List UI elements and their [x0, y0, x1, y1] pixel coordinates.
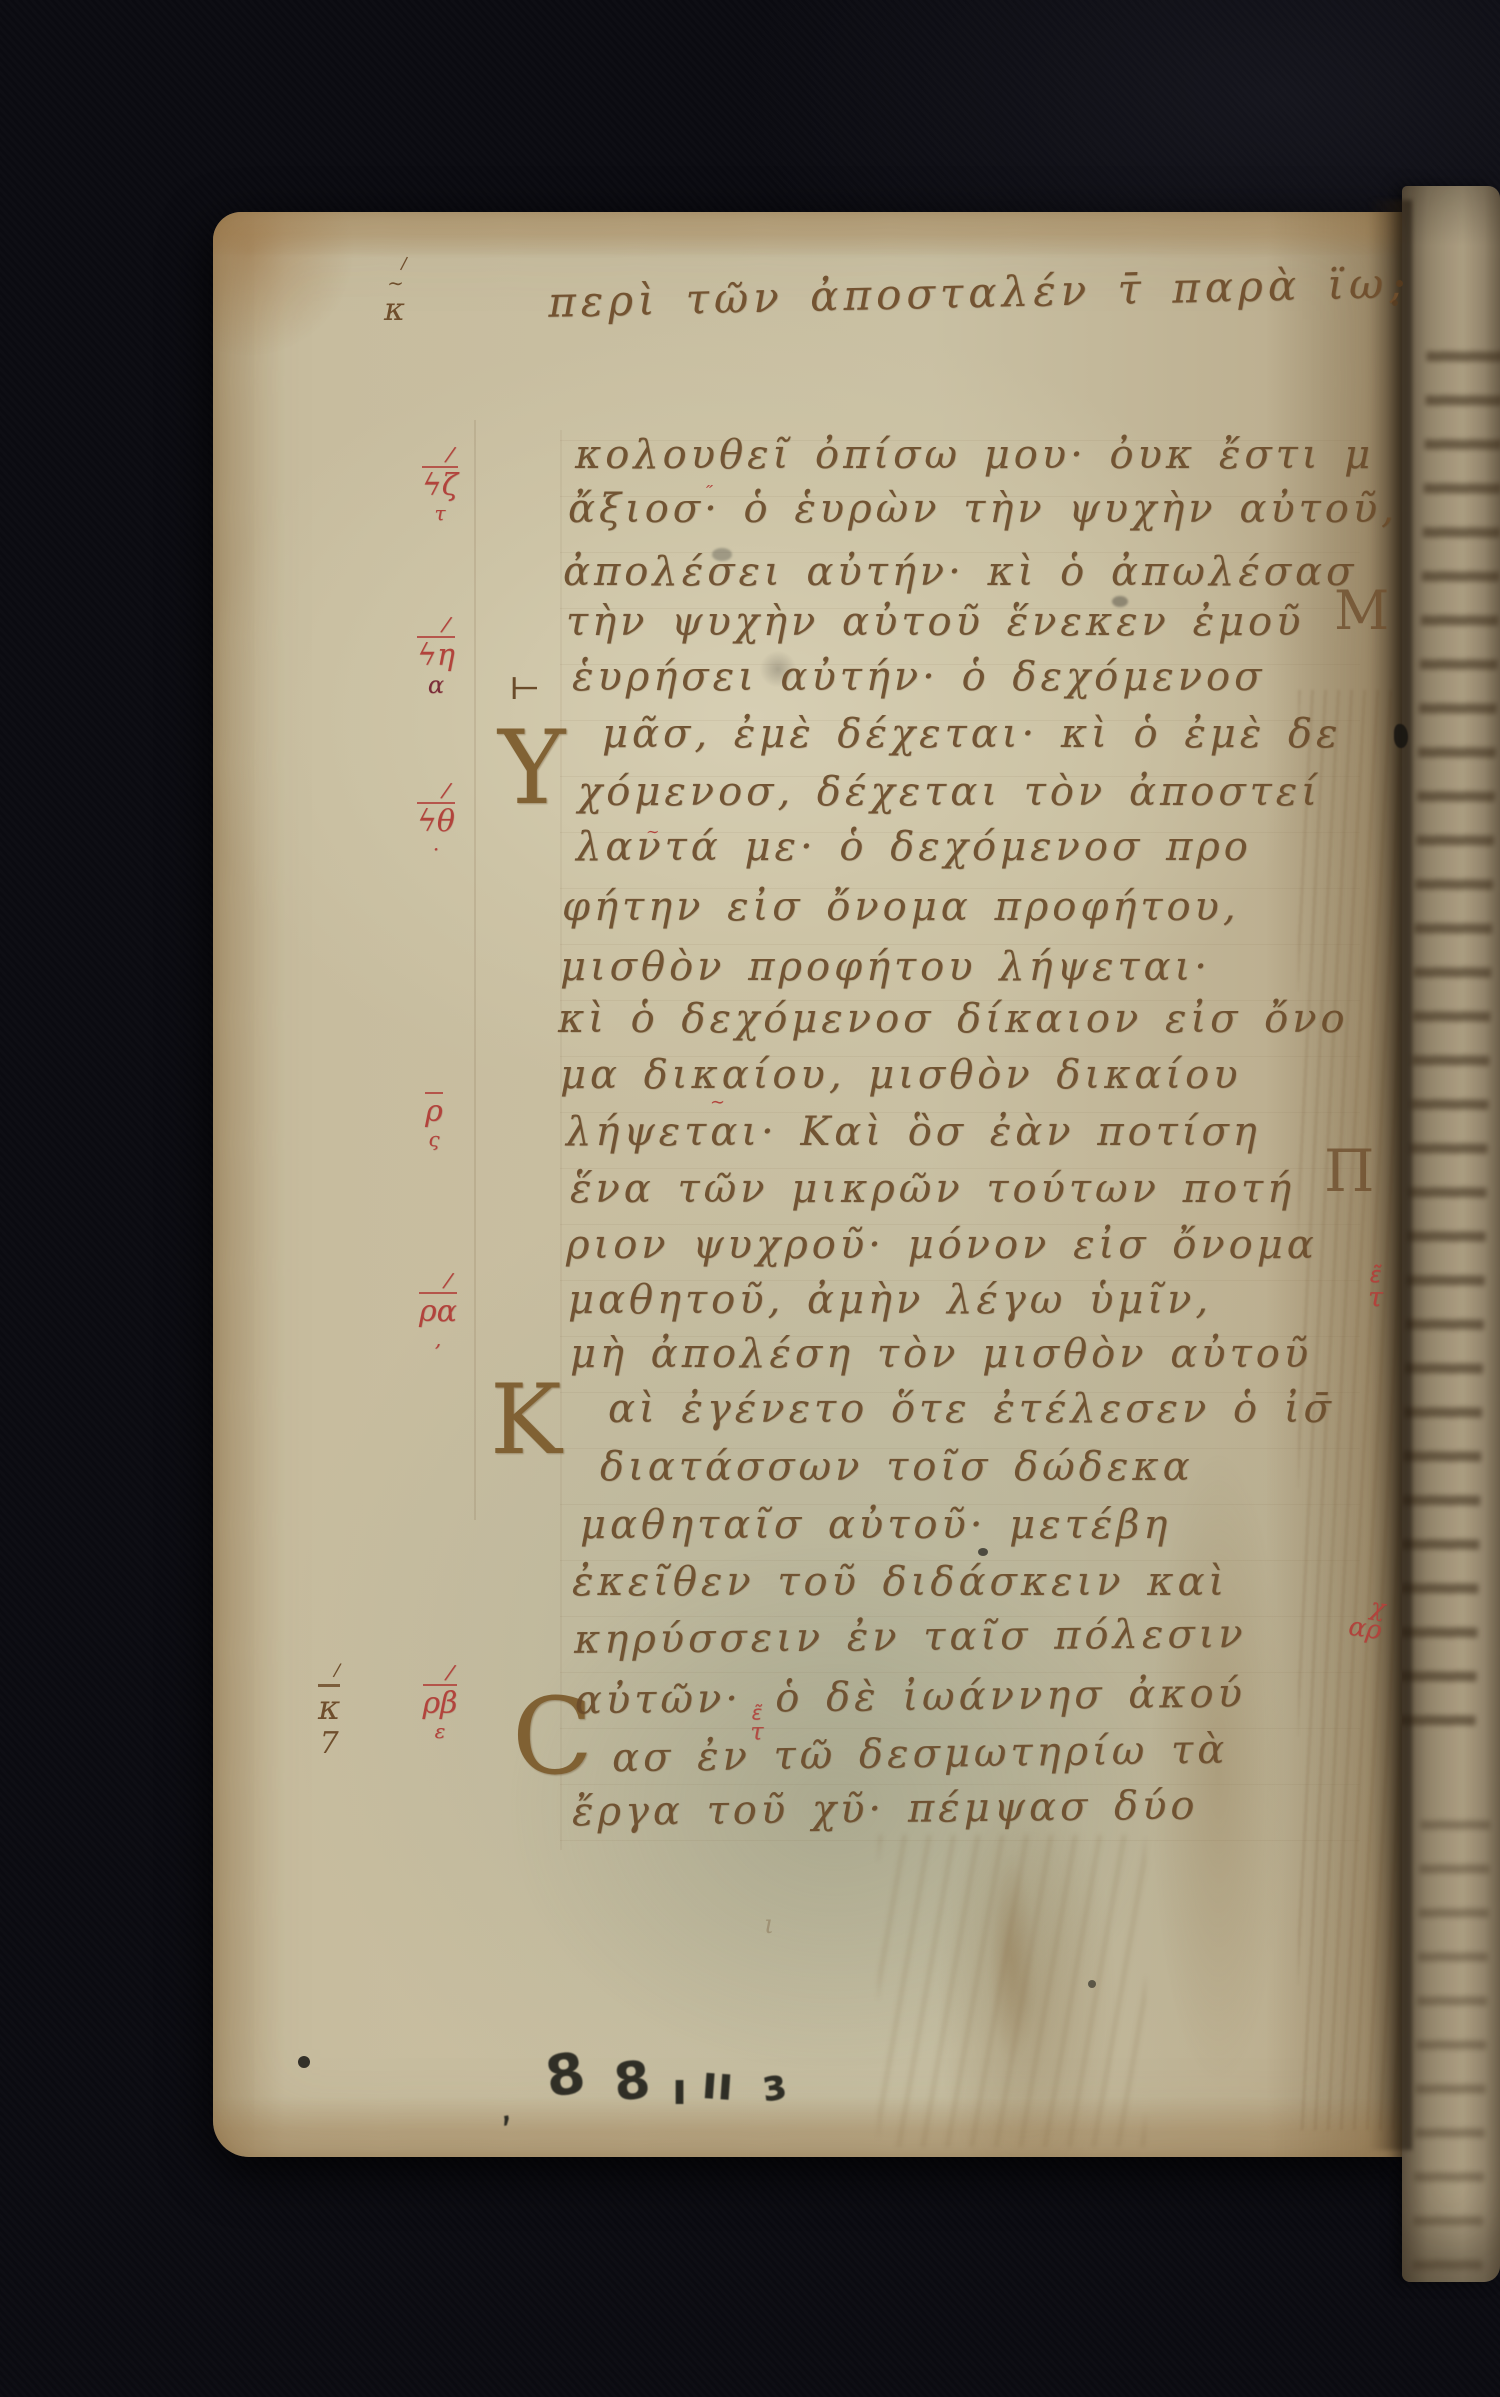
text-line-part: ὁ δὲ ἰωάννησ ἀκού — [775, 1670, 1246, 1721]
eusebian-section-99: / ϟθ · — [400, 780, 472, 859]
text-line: μᾶσ, ἐμὲ δέχεται· κὶ ὁ ἐμὲ δε — [602, 711, 1342, 757]
kephalaion-letter: κ — [384, 293, 405, 325]
paragraphos-mark: ⊢ — [509, 672, 541, 707]
text-line: κηρύσσειν ἐν ταῖσ πόλεσιν — [574, 1611, 1247, 1663]
pen-trial-blot: 8 — [611, 2054, 652, 2109]
text-line: μισθὸν προφήτου λήψεται· — [560, 944, 1211, 990]
canon-subscript: ς — [428, 1129, 439, 1149]
red-tick: ∼ — [710, 1094, 725, 1112]
text-line: ριον ψυχροῦ· μόνον εἰσ ὄνομα — [566, 1222, 1318, 1268]
text-line: ἔργα τοῦ χῦ· πέμψασ δύο — [572, 1783, 1199, 1836]
canon-slash: / — [443, 1270, 452, 1291]
margin-capital-pi: Π — [1324, 1142, 1375, 1200]
canon-subscript: , — [435, 1329, 441, 1349]
telos-mark-margin: ε͂ τ — [1368, 1266, 1383, 1310]
text-line: χόμενοσ, δέχεται τὸν ἀποστεί — [578, 769, 1321, 815]
text-line: μαθητοῦ, ἀμὴν λέγω ὑμῖν, — [568, 1277, 1212, 1323]
eusebian-section-101: / ρα , — [402, 1270, 474, 1349]
eusebian-section-97: / ϟζ τ — [404, 444, 476, 523]
pen-trial-blot: ı — [672, 2068, 687, 2112]
eusebian-section-100: ρ ς — [398, 1090, 470, 1149]
text-line: μα δικαίου, μισθὸν δικαίου — [560, 1052, 1242, 1098]
canon-number: ρβ — [423, 1684, 458, 1719]
text-line: ἄξιοσ· ὁ ἑυρὼν τὴν ψυχὴν αὐτοῦ, — [568, 486, 1398, 532]
text-line: τὴν ψυχὴν αὐτοῦ ἕνεκεν ἐμοῦ — [566, 599, 1304, 645]
kephalaion-margin-mark: / ∼ κ — [384, 256, 405, 325]
canon-slash: / — [441, 614, 450, 635]
canon-slash: / — [445, 1662, 454, 1683]
text-line: κὶ ὁ δεχόμενοσ δίκαιον εἰσ ὄνο — [558, 996, 1349, 1042]
eusebian-section-102: / ρβ ε — [404, 1662, 476, 1741]
arche-mark-margin: χ αρ — [1347, 1594, 1386, 1643]
arche-chi: χ — [1369, 1597, 1386, 1620]
faint-stray-mark: ι — [764, 1912, 774, 1938]
eusebian-section-98: / ϟη α — [400, 614, 472, 697]
text-line: ἐκεῖθεν τοῦ διδάσκειν καὶ — [572, 1559, 1228, 1605]
text-line: μαθηταῖσ αὐτοῦ· μετέβη — [580, 1502, 1171, 1548]
canon-number: ρα — [419, 1292, 457, 1327]
text-line: ασ ἐν τῶ δεσμωτηρίω τὰ — [612, 1727, 1229, 1782]
pen-trial-blot: ıı — [700, 2059, 735, 2107]
text-line: διατάσσων τοῖσ δώδεκα — [600, 1444, 1194, 1490]
text-line: ἑυρήσει αὐτήν· ὁ δεχόμενοσ — [572, 654, 1265, 700]
quire-numeral: 7 — [320, 1729, 339, 1759]
canon-slash: / — [441, 780, 450, 801]
telos-bottom: τ — [1368, 1286, 1383, 1310]
canon-subscript: ε — [435, 1721, 446, 1741]
quire-letter: κ — [318, 1684, 340, 1725]
adjacent-folio-edge — [1402, 186, 1500, 2282]
text-line: φήτην εἰσ ὄνομα προφήτου, — [562, 884, 1240, 930]
canon-subscript: τ — [434, 503, 445, 523]
quire-mark: / κ 7 — [318, 1662, 340, 1759]
text-line: λαντά με· ὁ δεχόμενοσ προ — [576, 824, 1252, 870]
canon-number: ϟθ — [417, 802, 455, 837]
text-line: κολουθεῖ ὀπίσω μου· ὀυκ ἔστι μ — [575, 432, 1374, 478]
text-line: λήψεται· Καὶ ὃσ ἐὰν ποτίση — [566, 1109, 1261, 1155]
text-line-part: αὐτῶν· — [575, 1676, 743, 1724]
initial-upsilon: Υ — [498, 718, 565, 820]
adjacent-folio-text-blur — [1411, 1785, 1491, 2282]
initial-kappa: Κ — [490, 1372, 562, 1468]
text-line: μὴ ἀπολέση τὸν μισθὸν αὐτοῦ — [570, 1331, 1312, 1377]
canon-number: ϟζ — [422, 466, 458, 501]
adjacent-folio-text-blur — [1402, 317, 1500, 1758]
red-tick: ˶ — [706, 476, 712, 494]
canon-number: ϟη — [417, 636, 455, 671]
canon-number: ρ — [425, 1092, 443, 1127]
canon-subscript: · — [433, 839, 439, 859]
text-line: αὶ ἐγένετο ὅτε ἐτέλεσεν ὁ ἰσ̄ — [608, 1386, 1335, 1432]
red-tick: ∼ — [646, 824, 659, 840]
text-line: ἀπολέσει αὐτήν· κὶ ὁ ἀπωλέσασ — [563, 549, 1357, 595]
manuscript-photograph: { "document": { "description": "greek-go… — [0, 0, 1500, 2397]
canon-subscript: α — [428, 673, 444, 697]
text-line: ἕνα τῶν μικρῶν τούτων ποτή — [570, 1166, 1295, 1212]
canon-slash: / — [445, 444, 454, 465]
